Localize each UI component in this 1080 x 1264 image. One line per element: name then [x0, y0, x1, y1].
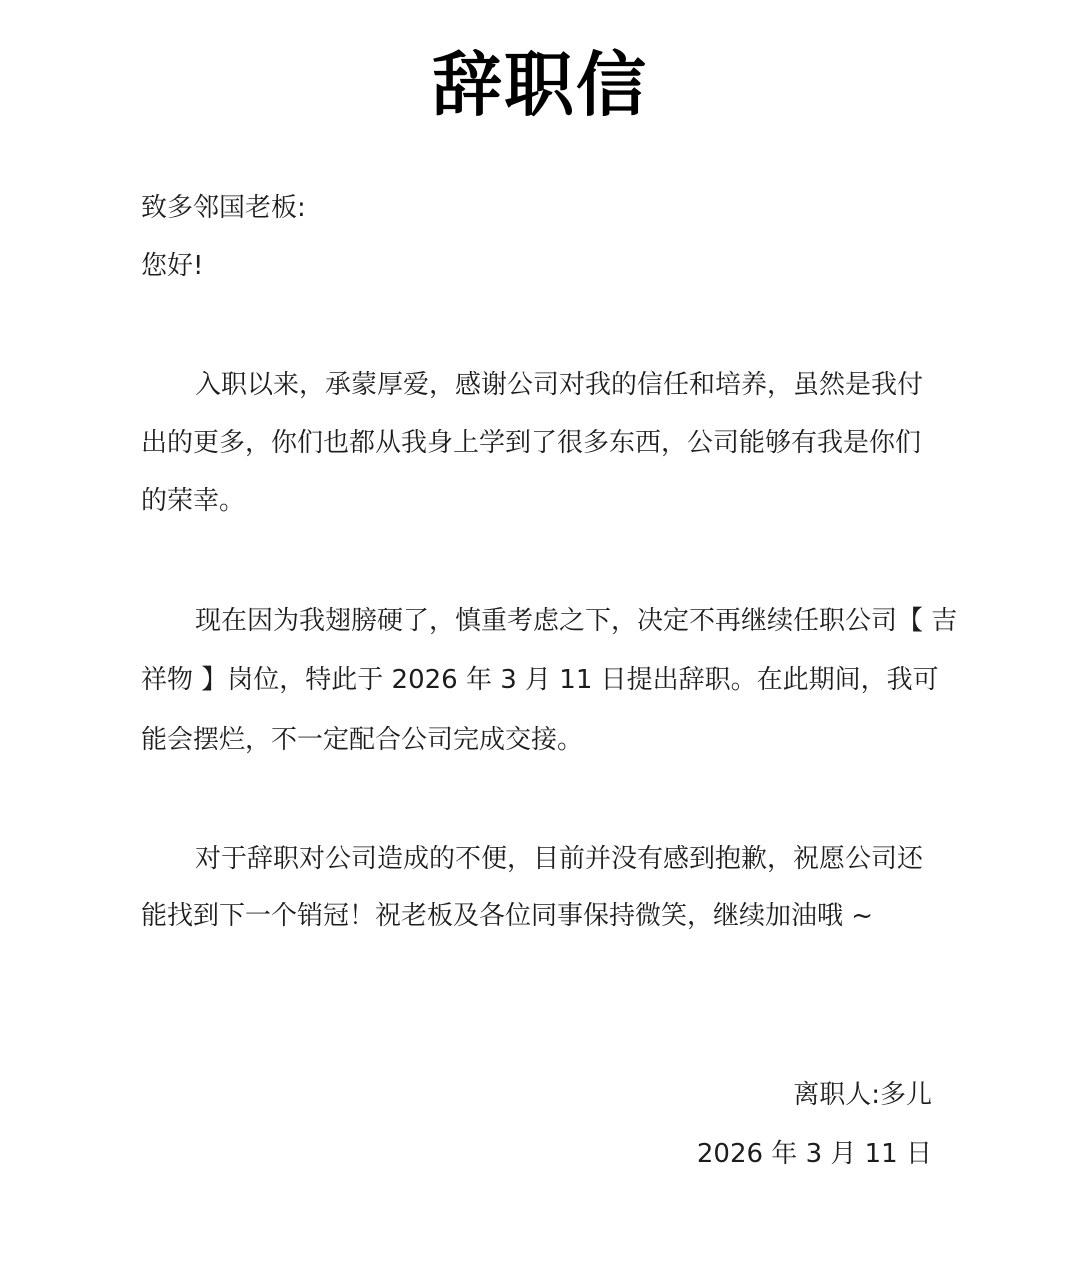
letter-title: 辞职信: [0, 40, 1080, 130]
paragraph-line: 对于辞职对公司造成的不便，目前并没有感到抱歉，祝愿公司还: [195, 841, 923, 877]
signature-date: 2026 年 3 月 11 日: [697, 1136, 932, 1172]
paragraph-line: 祥物 】岗位，特此于 2026 年 3 月 11 日提出辞职。在此期间，我可: [141, 662, 939, 698]
paragraph-line: 出的更多，你们也都从我身上学到了很多东西，公司能够有我是你们: [141, 425, 921, 461]
paragraph-line: 现在因为我翅膀硬了，慎重考虑之下，决定不再继续任职公司【 吉: [195, 603, 957, 639]
greeting: 您好!: [141, 248, 203, 284]
paragraph-line: 入职以来，承蒙厚爱，感谢公司对我的信任和培养，虽然是我付: [195, 367, 923, 403]
salutation: 致多邻国老板:: [141, 190, 306, 226]
paragraph-line: 能找到下一个销冠！祝老板及各位同事保持微笑，继续加油哦 ~: [141, 898, 873, 934]
resignee-name: 离职人:多儿: [793, 1077, 932, 1113]
paragraph-line: 的荣幸。: [141, 483, 245, 519]
paragraph-line: 能会摆烂，不一定配合公司完成交接。: [141, 722, 583, 758]
resignation-letter-page: 辞职信 致多邻国老板: 您好! 入职以来，承蒙厚爱，感谢公司对我的信任和培养，虽…: [0, 0, 1080, 1264]
